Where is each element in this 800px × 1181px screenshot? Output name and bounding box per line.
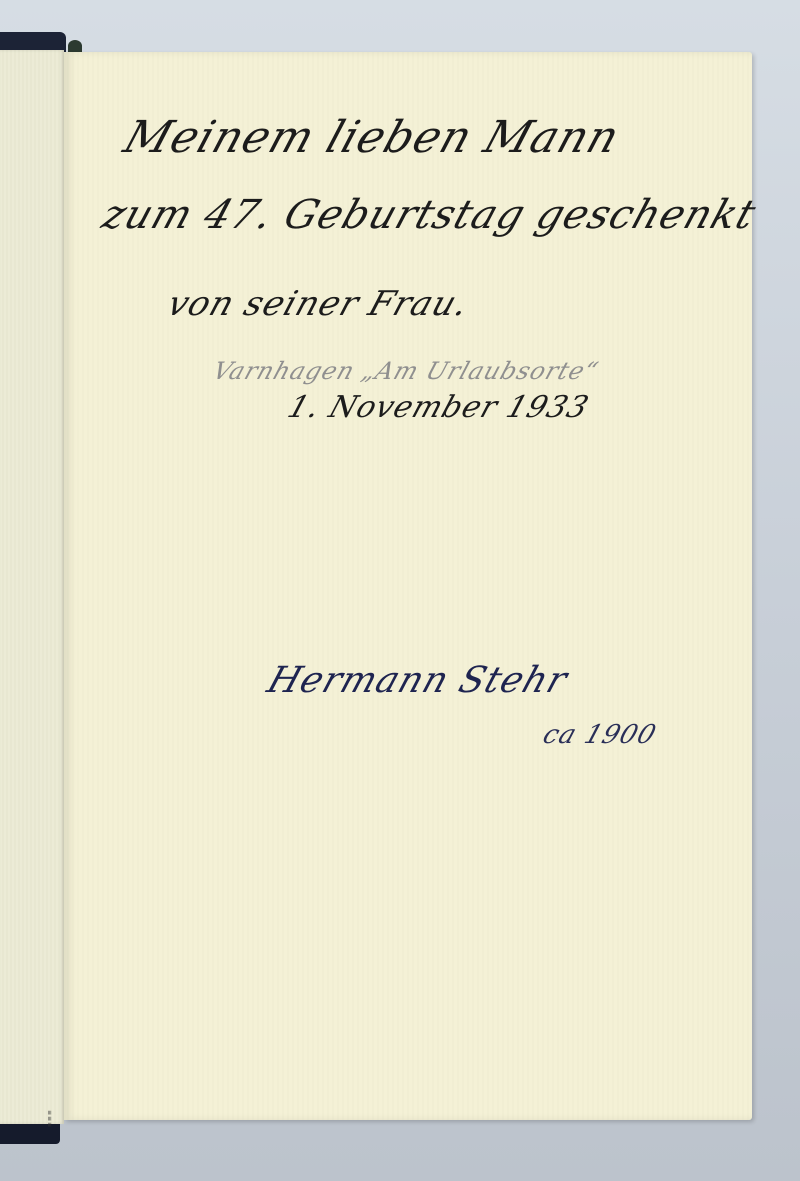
flyleaf-mark: ≡≡≡: [47, 1110, 53, 1140]
inscription-line-2: zum 47. Geburtstag geschenkt: [97, 192, 762, 238]
signature-date-note: ca 1900: [539, 720, 660, 750]
book-cover-corner: [68, 40, 82, 52]
book-page: Meinem lieben Mann zum 47. Geburtstag ge…: [64, 52, 752, 1120]
flyleaf-page: ≡≡≡: [0, 50, 64, 1124]
pencil-note: Varnhagen „Am Urlaubsorte“: [209, 357, 602, 385]
author-signature: Hermann Stehr: [262, 660, 572, 701]
inscription-date: 1. November 1933: [283, 390, 593, 425]
inscription-line-3: von seiner Frau.: [163, 284, 475, 324]
inscription-line-1: Meinem lieben Mann: [118, 112, 627, 163]
